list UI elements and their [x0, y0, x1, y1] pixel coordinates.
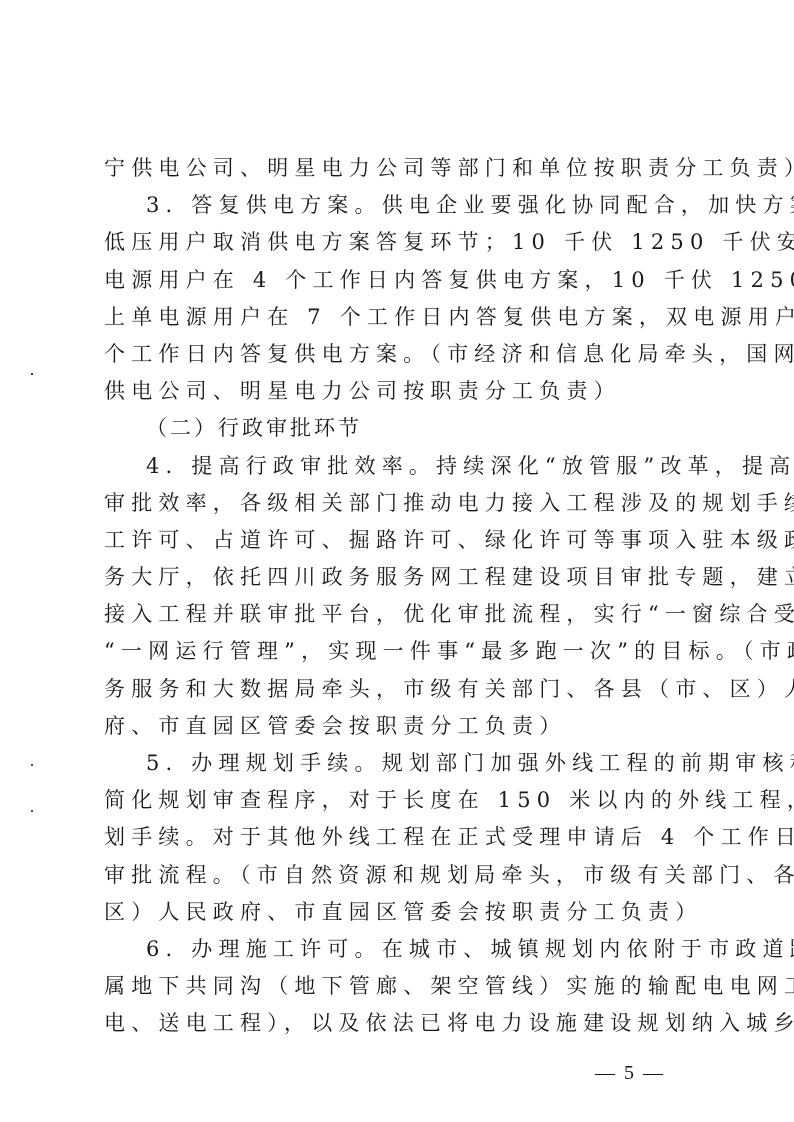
text-line: “一网运行管理”，实现一件事“最多跑一次”的目标。（市政: [104, 633, 698, 670]
text-line: 划手续。对于其他外线工程在正式受理申请后 4 个工作日内完成: [104, 819, 698, 856]
text-line: 宁供电公司、明星电力公司等部门和单位按职责分工负责）: [104, 150, 698, 187]
text-line: 属地下共同沟（地下管廊、架空管线）实施的输配电电网工程（变: [104, 968, 698, 1005]
text-line: 上单电源用户在 7 个工作日内答复供电方案，双电源用户在 15: [104, 299, 698, 336]
text-line: 务服务和大数据局牵头，市级有关部门、各县（市、区）人民政: [104, 671, 698, 708]
scan-mark: [31, 373, 33, 375]
page-number: — 5 —: [580, 1062, 680, 1085]
text-line: 区）人民政府、市直园区管委会按职责分工负责）: [104, 894, 698, 931]
text-line: 工许可、占道许可、掘路许可、绿化许可等事项入驻本级政务服: [104, 522, 698, 559]
section-heading: （二）行政审批环节: [104, 410, 698, 447]
text-line: 电、送电工程），以及依法已将电力设施建设规划纳入城乡规划: [104, 1005, 698, 1042]
paragraph-4-title: 4. 提高行政审批效率。持续深化“放管服”改革，提高行政: [104, 448, 698, 485]
text-line: 简化规划审查程序，对于长度在 150 米以内的外线工程，免办规: [104, 782, 698, 819]
scan-mark: [31, 764, 33, 766]
text-line: 电源用户在 4 个工作日内答复供电方案，10 千伏 1250 千伏安以: [104, 262, 698, 299]
text-line: 府、市直园区管委会按职责分工负责）: [104, 708, 698, 745]
text-line: 审批流程。（市自然资源和规划局牵头，市级有关部门、各县（市、: [104, 857, 698, 894]
text-line: 务大厅，依托四川政务服务网工程建设项目审批专题，建立电力: [104, 559, 698, 596]
paragraph-5-title: 5. 办理规划手续。规划部门加强外线工程的前期审核和协调，: [104, 745, 698, 782]
paragraph-6-title: 6. 办理施工许可。在城市、城镇规划内依附于市政道路及附: [104, 931, 698, 968]
document-body: 宁供电公司、明星电力公司等部门和单位按职责分工负责） 3. 答复供电方案。供电企…: [104, 150, 698, 1043]
scan-mark: [31, 810, 33, 812]
text-line: 接入工程并联审批平台，优化审批流程，实行“一窗综合受理”、: [104, 596, 698, 633]
paragraph-3-title: 3. 答复供电方案。供电企业要强化协同配合，加快方案答复，: [104, 187, 698, 224]
text-line: 低压用户取消供电方案答复环节；10 千伏 1250 千伏安及以下单: [104, 224, 698, 261]
text-line: 供电公司、明星电力公司按职责分工负责）: [104, 373, 698, 410]
text-line: 审批效率，各级相关部门推动电力接入工程涉及的规划手续、施: [104, 485, 698, 522]
text-line: 个工作日内答复供电方案。（市经济和信息化局牵头，国网遂宁: [104, 336, 698, 373]
